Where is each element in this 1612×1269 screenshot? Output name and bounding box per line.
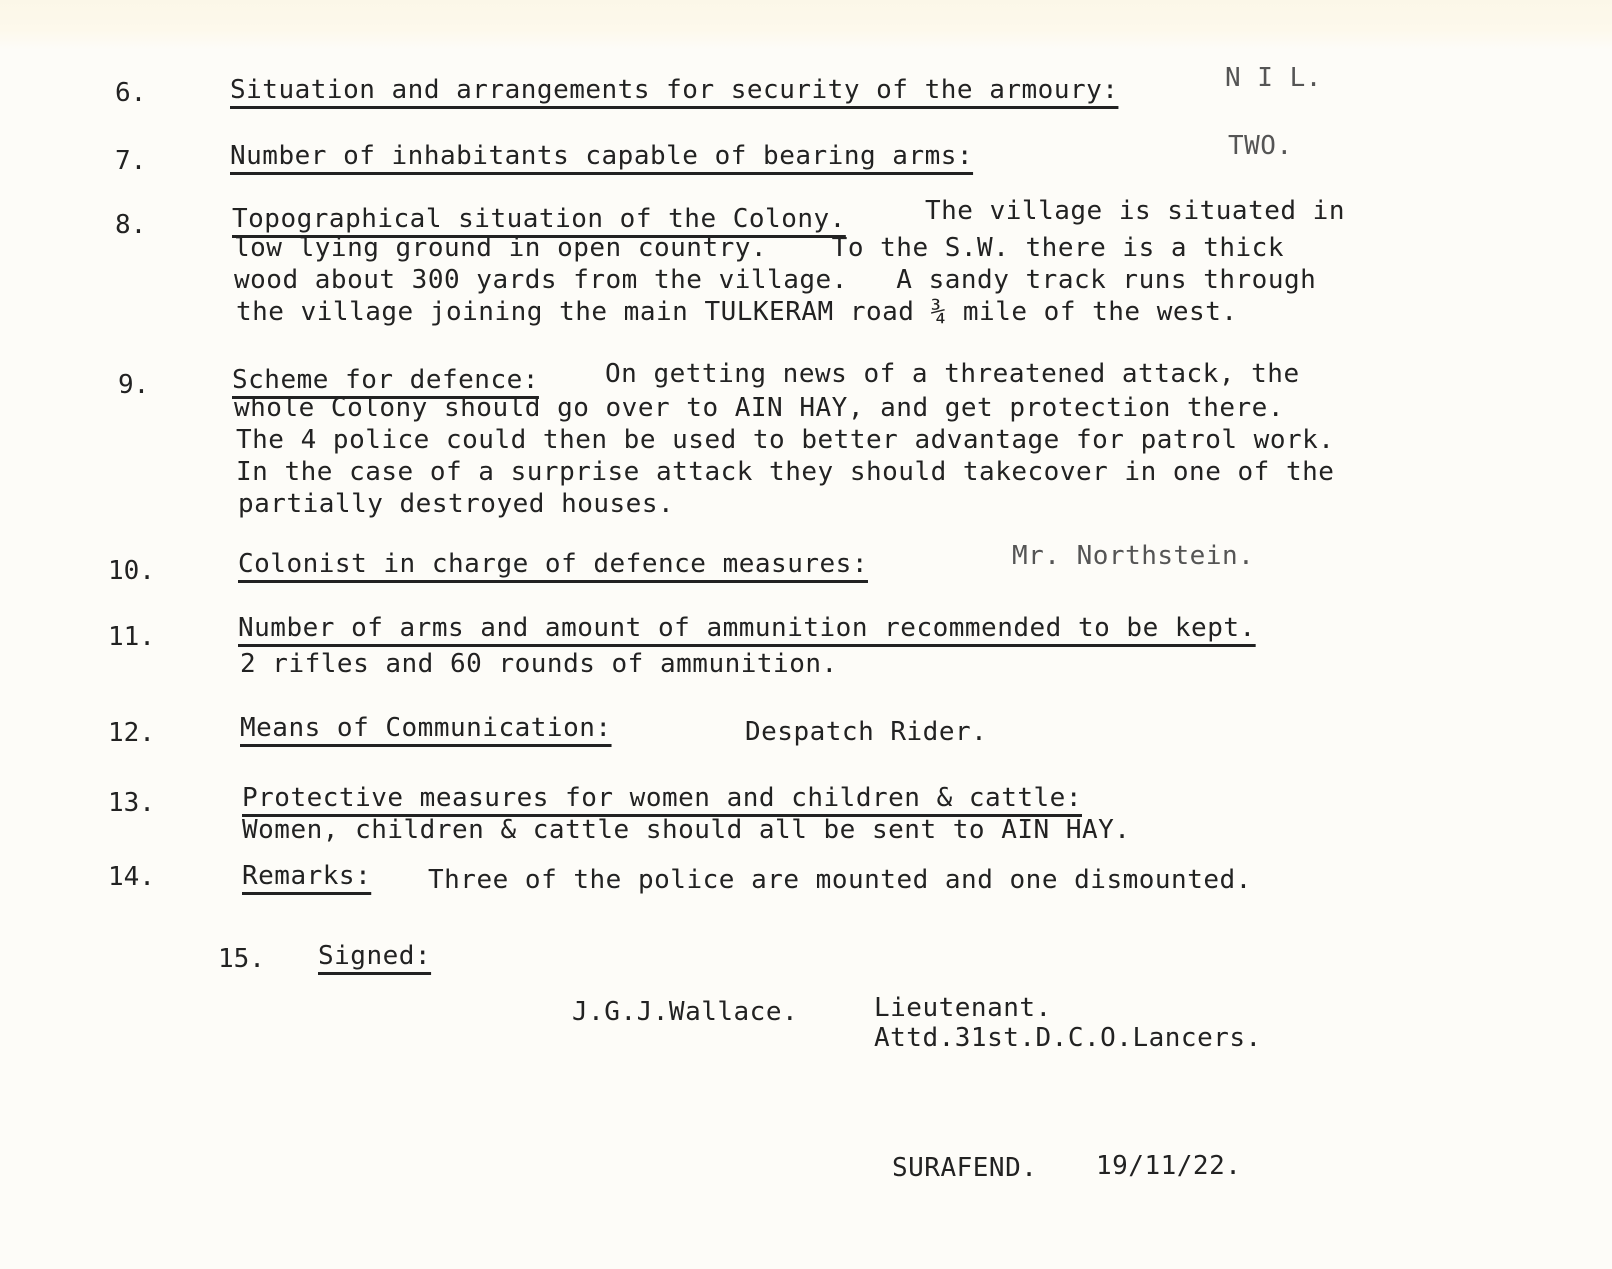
item-9-line-3: The 4 police could then be used to bette… xyxy=(236,424,1334,456)
item-7-answer: TWO. xyxy=(1228,130,1293,162)
footer-date: 19/11/22. xyxy=(1096,1150,1241,1182)
item-13-number: 13. xyxy=(108,788,155,818)
item-9-line-2: whole Colony should go over to AIN HAY, … xyxy=(234,392,1284,424)
item-9-line-5: partially destroyed houses. xyxy=(238,488,674,520)
item-8-line-2: low lying ground in open country. To the… xyxy=(234,232,1284,264)
signatory-unit: Attd.31st.D.C.O.Lancers. xyxy=(874,1022,1262,1054)
item-15-number: 15. xyxy=(218,944,265,974)
item-8-number: 8. xyxy=(115,210,146,240)
item-7-number: 7. xyxy=(115,146,146,176)
item-6-answer: N I L. xyxy=(1225,62,1322,94)
item-14-heading: Remarks: xyxy=(242,860,371,892)
item-9-line-4: In the case of a surprise attack they sh… xyxy=(236,456,1334,488)
item-13-heading: Protective measures for women and childr… xyxy=(242,782,1082,814)
item-10-answer: Mr. Northstein. xyxy=(1012,540,1254,572)
typed-document: 6. Situation and arrangements for securi… xyxy=(0,0,1612,1269)
footer-place: SURAFEND. xyxy=(892,1152,1037,1184)
item-12-heading: Means of Communication: xyxy=(240,712,612,744)
item-14-number: 14. xyxy=(108,862,155,892)
item-14-answer: Three of the police are mounted and one … xyxy=(428,864,1252,896)
item-13-line-1: Women, children & cattle should all be s… xyxy=(242,814,1130,846)
item-10-number: 10. xyxy=(108,556,155,586)
item-11-line-1: 2 rifles and 60 rounds of ammunition. xyxy=(240,648,838,680)
item-8-line-3: wood about 300 yards from the village. A… xyxy=(234,264,1316,296)
item-8-line-4: the village joining the main TULKERAM ro… xyxy=(236,296,1238,328)
signatory-name: J.G.J.Wallace. xyxy=(572,996,798,1028)
item-11-number: 11. xyxy=(108,622,155,652)
item-9-number: 9. xyxy=(118,370,149,400)
item-8-line-1: The village is situated in xyxy=(925,195,1345,227)
item-11-heading: Number of arms and amount of ammunition … xyxy=(238,612,1256,644)
item-8-heading: Topographical situation of the Colony. xyxy=(232,203,846,235)
item-9-line-1: On getting news of a threatened attack, … xyxy=(605,358,1300,390)
item-6-number: 6. xyxy=(115,78,146,108)
item-7-heading: Number of inhabitants capable of bearing… xyxy=(230,140,973,172)
item-10-heading: Colonist in charge of defence measures: xyxy=(238,548,868,580)
item-6-heading: Situation and arrangements for security … xyxy=(230,74,1118,106)
item-12-answer: Despatch Rider. xyxy=(745,716,987,748)
item-12-number: 12. xyxy=(108,718,155,748)
item-15-heading: Signed: xyxy=(318,940,431,972)
signatory-rank: Lieutenant. xyxy=(874,992,1052,1024)
